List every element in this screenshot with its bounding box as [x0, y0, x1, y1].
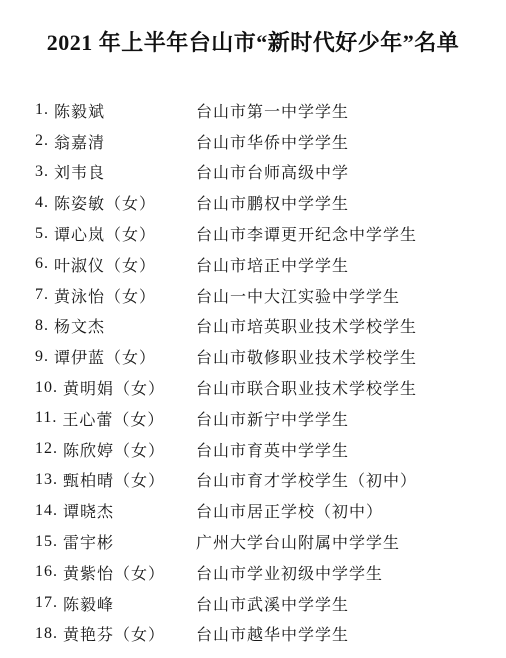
item-number: 14.	[35, 502, 58, 520]
name-cell: 8. 杨文杰	[35, 314, 196, 337]
list-item: 11. 王心蕾（女） 台山市新宁中学学生	[0, 403, 506, 434]
name-cell: 16. 黄紫怡（女）	[35, 561, 196, 584]
item-number: 6.	[35, 255, 49, 273]
name-cell: 7. 黄泳怡（女）	[35, 284, 196, 307]
list-item: 3. 刘韦良 台山市台师高级中学	[0, 157, 506, 188]
name-cell: 6. 叶淑仪（女）	[35, 253, 196, 276]
student-name: 谭伊蓝（女）	[54, 345, 156, 368]
list-item: 4. 陈姿敏（女） 台山市鹏权中学学生	[0, 187, 506, 218]
list-item: 16. 黄紫怡（女） 台山市学业初级中学学生	[0, 557, 506, 588]
list-item: 5. 谭心岚（女） 台山市李谭更开纪念中学学生	[0, 218, 506, 249]
student-name: 谭晓杰	[63, 499, 114, 522]
item-number: 4.	[35, 194, 49, 212]
student-name: 陈欣婷（女）	[63, 438, 165, 461]
student-name: 翁嘉清	[54, 130, 105, 153]
student-name: 谭心岚（女）	[54, 222, 156, 245]
item-number: 3.	[35, 163, 49, 181]
item-number: 8.	[35, 317, 49, 335]
name-cell: 10. 黄明娟（女）	[35, 376, 196, 399]
list-item: 12. 陈欣婷（女） 台山市育英中学学生	[0, 434, 506, 465]
student-name: 杨文杰	[54, 314, 105, 337]
list-item: 6. 叶淑仪（女） 台山市培正中学学生	[0, 249, 506, 280]
item-number: 2.	[35, 132, 49, 150]
student-school: 台山市培正中学学生	[196, 253, 349, 276]
student-school: 台山市育才学校学生（初中）	[196, 468, 417, 491]
list-item: 8. 杨文杰 台山市培英职业技术学校学生	[0, 311, 506, 342]
name-cell: 9. 谭伊蓝（女）	[35, 345, 196, 368]
name-cell: 1. 陈毅斌	[35, 99, 196, 122]
item-number: 9.	[35, 348, 49, 366]
student-school: 台山市育英中学学生	[196, 438, 349, 461]
student-name: 黄艳芬（女）	[63, 622, 165, 645]
student-school: 广州大学台山附属中学学生	[196, 530, 400, 553]
student-school: 台山市台师高级中学	[196, 160, 349, 183]
student-name: 王心蕾（女）	[62, 407, 164, 430]
name-cell: 13. 甄柏晴（女）	[35, 468, 196, 491]
name-cell: 15. 雷宇彬	[35, 530, 196, 553]
student-name: 陈毅峰	[63, 592, 114, 615]
list-item: 10. 黄明娟（女） 台山市联合职业技术学校学生	[0, 372, 506, 403]
student-school: 台山市居正学校（初中）	[196, 499, 383, 522]
student-name: 陈毅斌	[54, 99, 105, 122]
student-school: 台山一中大江实验中学学生	[196, 284, 400, 307]
list-item: 1. 陈毅斌 台山市第一中学学生	[0, 95, 506, 126]
item-number: 11.	[35, 409, 57, 427]
item-number: 10.	[35, 379, 58, 397]
student-school: 台山市新宁中学学生	[196, 407, 349, 430]
awardee-list: 1. 陈毅斌 台山市第一中学学生 2. 翁嘉清 台山市华侨中学学生 3. 刘韦良…	[0, 95, 506, 649]
student-school: 台山市华侨中学学生	[196, 130, 349, 153]
list-item: 13. 甄柏晴（女） 台山市育才学校学生（初中）	[0, 465, 506, 496]
item-number: 1.	[35, 101, 49, 119]
student-school: 台山市鹏权中学学生	[196, 191, 349, 214]
page-title: 2021 年上半年台山市“新时代好少年”名单	[0, 0, 506, 57]
name-cell: 11. 王心蕾（女）	[35, 407, 196, 430]
item-number: 17.	[35, 594, 58, 612]
item-number: 16.	[35, 563, 58, 581]
student-school: 台山市第一中学学生	[196, 99, 349, 122]
list-item: 7. 黄泳怡（女） 台山一中大江实验中学学生	[0, 280, 506, 311]
name-cell: 17. 陈毅峰	[35, 592, 196, 615]
student-name: 陈姿敏（女）	[54, 191, 156, 214]
list-item: 17. 陈毅峰 台山市武溪中学学生	[0, 588, 506, 619]
item-number: 13.	[35, 471, 58, 489]
student-name: 黄泳怡（女）	[54, 284, 156, 307]
name-cell: 5. 谭心岚（女）	[35, 222, 196, 245]
student-school: 台山市敬修职业技术学校学生	[196, 345, 417, 368]
name-cell: 14. 谭晓杰	[35, 499, 196, 522]
item-number: 12.	[35, 440, 58, 458]
list-item: 14. 谭晓杰 台山市居正学校（初中）	[0, 495, 506, 526]
item-number: 5.	[35, 225, 49, 243]
list-item: 2. 翁嘉清 台山市华侨中学学生	[0, 126, 506, 157]
item-number: 15.	[35, 533, 58, 551]
name-cell: 3. 刘韦良	[35, 160, 196, 183]
list-item: 9. 谭伊蓝（女） 台山市敬修职业技术学校学生	[0, 341, 506, 372]
name-cell: 4. 陈姿敏（女）	[35, 191, 196, 214]
list-item: 15. 雷宇彬 广州大学台山附属中学学生	[0, 526, 506, 557]
document-page: 2021 年上半年台山市“新时代好少年”名单 1. 陈毅斌 台山市第一中学学生 …	[0, 0, 506, 658]
name-cell: 2. 翁嘉清	[35, 130, 196, 153]
name-cell: 12. 陈欣婷（女）	[35, 438, 196, 461]
name-cell: 18. 黄艳芬（女）	[35, 622, 196, 645]
student-school: 台山市越华中学学生	[196, 622, 349, 645]
student-name: 叶淑仪（女）	[54, 253, 156, 276]
student-name: 黄明娟（女）	[63, 376, 165, 399]
student-school: 台山市联合职业技术学校学生	[196, 376, 417, 399]
student-name: 黄紫怡（女）	[63, 561, 165, 584]
student-name: 刘韦良	[54, 160, 105, 183]
item-number: 18.	[35, 625, 58, 643]
student-name: 雷宇彬	[63, 530, 114, 553]
student-school: 台山市培英职业技术学校学生	[196, 314, 417, 337]
student-school: 台山市武溪中学学生	[196, 592, 349, 615]
student-name: 甄柏晴（女）	[63, 468, 165, 491]
list-item: 18. 黄艳芬（女） 台山市越华中学学生	[0, 619, 506, 650]
student-school: 台山市学业初级中学学生	[196, 561, 383, 584]
item-number: 7.	[35, 286, 49, 304]
student-school: 台山市李谭更开纪念中学学生	[196, 222, 417, 245]
